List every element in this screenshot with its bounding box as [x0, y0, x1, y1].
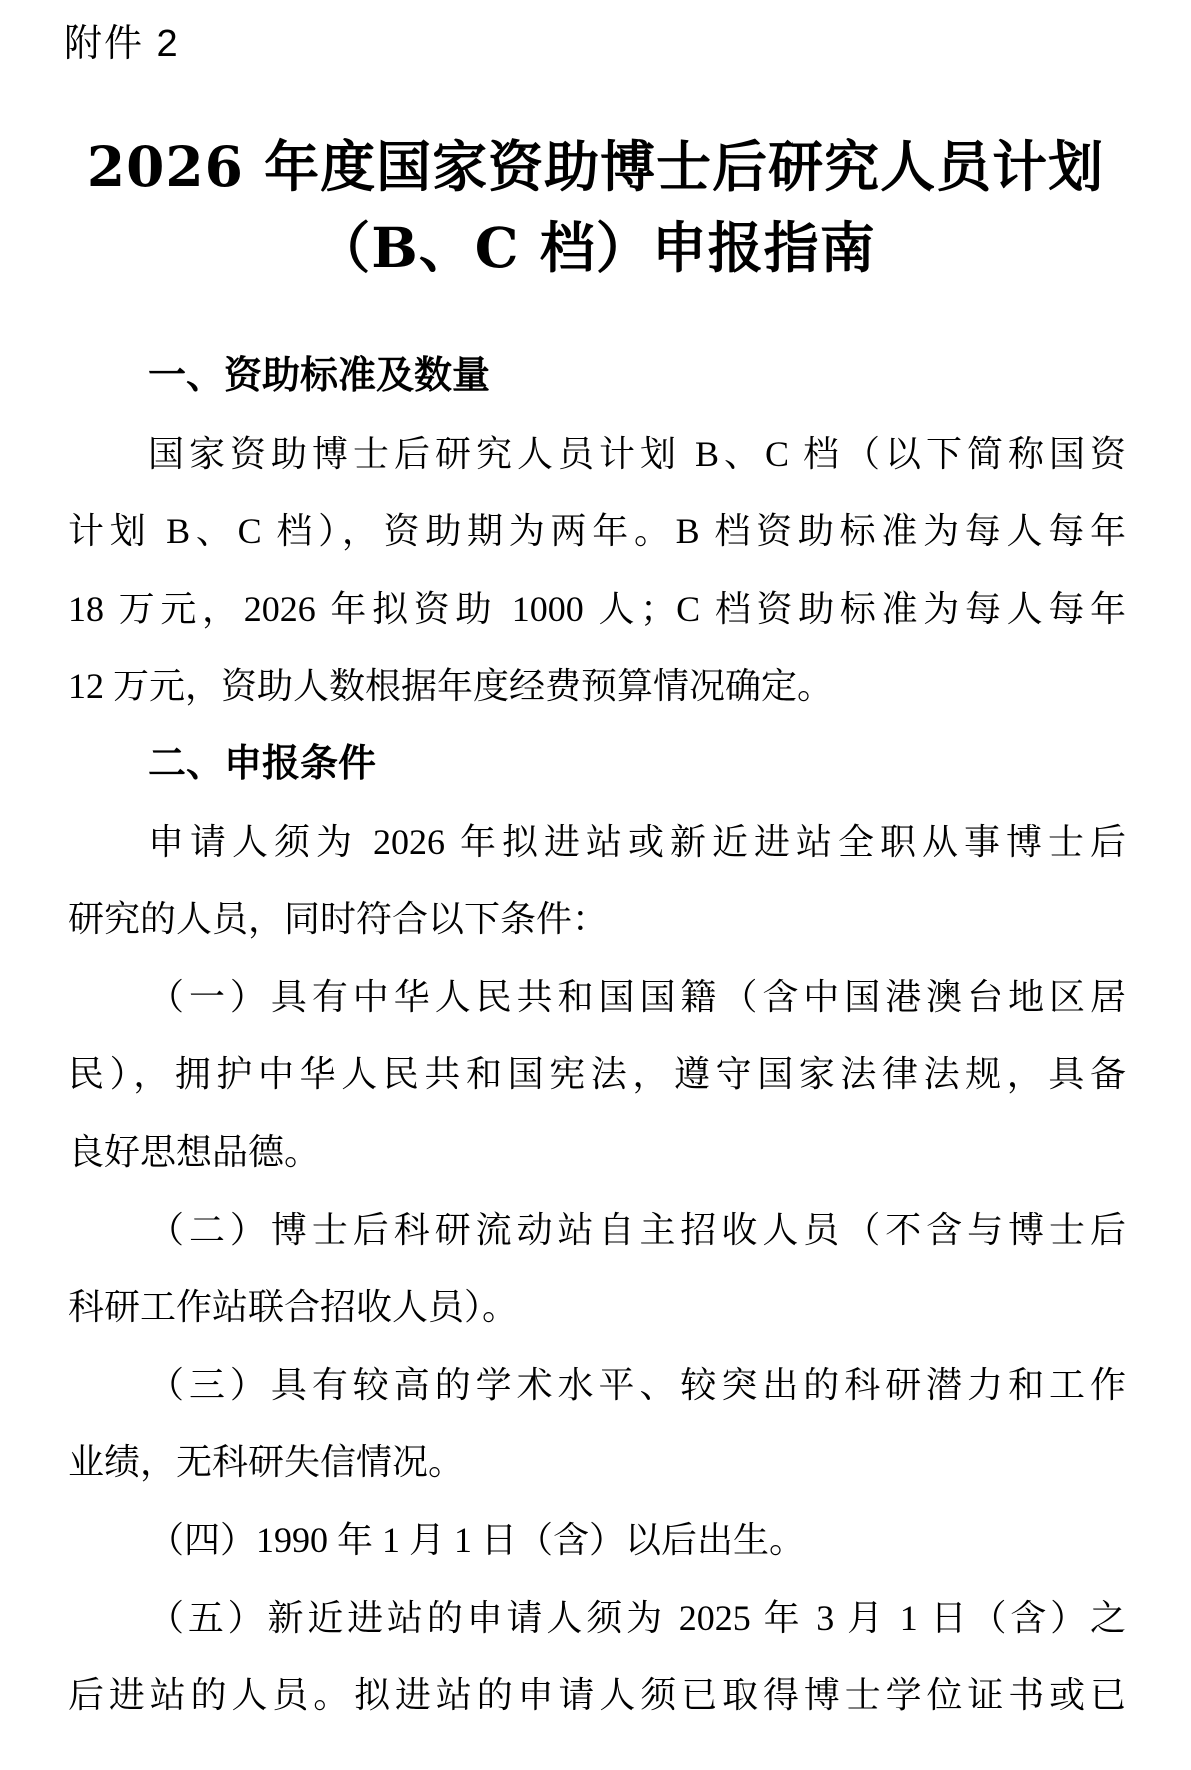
document-title-line1: 2026 年度国家资助博士后研究人员计划 [0, 126, 1191, 207]
doc-line: 申请人须为 2026 年拟进站或新近进站全职从事博士后 [68, 804, 1126, 882]
doc-line: 研究的人员，同时符合以下条件： [68, 881, 1126, 959]
doc-line: 计划 B、C 档），资助期为两年。B 档资助标准为每人每年 [68, 493, 1126, 571]
doc-line: 科研工作站联合招收人员）。 [68, 1269, 1126, 1347]
doc-line: 12 万元，资助人数根据年度经费预算情况确定。 [68, 648, 1126, 726]
doc-line: 良好思想品德。 [68, 1114, 1126, 1192]
doc-line: 后进站的人员。拟进站的申请人须已取得博士学位证书或已 [68, 1657, 1126, 1735]
doc-line-item-3: （三）具有较高的学术水平、较突出的科研潜力和工作 [68, 1347, 1126, 1425]
document-title-line2: （B、C 档）申报指南 [0, 207, 1191, 288]
attachment-label: 附件 2 [64, 12, 180, 67]
doc-line: 业绩，无科研失信情况。 [68, 1424, 1126, 1502]
doc-line: 国家资助博士后研究人员计划 B、C 档（以下简称国资 [68, 416, 1126, 494]
doc-line-item-2: （二）博士后科研流动站自主招收人员（不含与博士后 [68, 1192, 1126, 1270]
doc-line-item-5: （五）新近进站的申请人须为 2025 年 3 月 1 日（含）之 [68, 1580, 1126, 1658]
section-heading-conditions: 二、申报条件 [68, 726, 1126, 804]
section-heading-funding: 一、资助标准及数量 [68, 338, 1126, 416]
doc-line: 18 万元，2026 年拟资助 1000 人；C 档资助标准为每人每年 [68, 571, 1126, 649]
doc-line-item-4: （四）1990 年 1 月 1 日（含）以后出生。 [68, 1502, 1126, 1580]
document-page: 附件 2 2026 年度国家资助博士后研究人员计划 （B、C 档）申报指南 一、… [0, 0, 1191, 1770]
doc-line-item-1: （一）具有中华人民共和国国籍（含中国港澳台地区居 [68, 959, 1126, 1037]
document-title: 2026 年度国家资助博士后研究人员计划 （B、C 档）申报指南 [0, 126, 1191, 288]
doc-line: 民），拥护中华人民共和国宪法，遵守国家法律法规，具备 [68, 1036, 1126, 1114]
document-body: 一、资助标准及数量 国家资助博士后研究人员计划 B、C 档（以下简称国资 计划 … [68, 338, 1126, 1735]
